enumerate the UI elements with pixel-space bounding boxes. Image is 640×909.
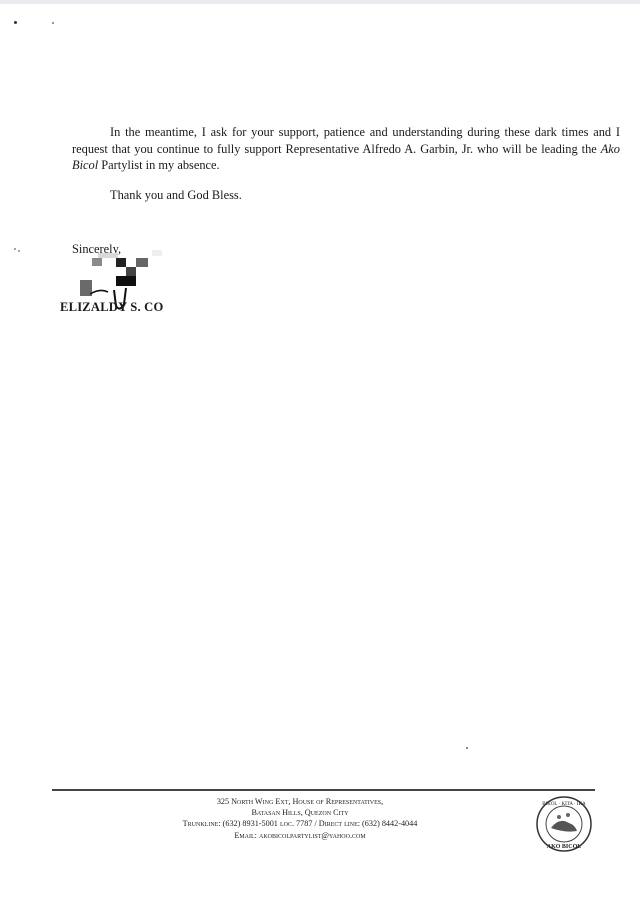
body-paragraph: In the meantime, I ask for your support,…	[72, 124, 620, 174]
thanks-line: Thank you and God Bless.	[72, 187, 620, 204]
scan-speck	[466, 747, 468, 749]
scan-speck	[14, 248, 16, 250]
ako-bicol-seal-icon: BIKOL · KITA · IKA AKO BICOL	[535, 795, 593, 853]
svg-text:BIKOL · KITA · IKA: BIKOL · KITA · IKA	[542, 802, 586, 807]
scan-speck	[14, 21, 17, 24]
paragraph-text: In the meantime, I ask for your support,…	[72, 125, 620, 156]
viewer-top-edge	[0, 0, 640, 4]
letterhead-footer: 325 North Wing Ext, House of Representat…	[120, 796, 480, 841]
footer-divider	[52, 789, 595, 791]
scan-speck	[52, 22, 54, 24]
svg-text:AKO BICOL: AKO BICOL	[547, 844, 582, 850]
address-line-1: 325 North Wing Ext, House of Representat…	[120, 796, 480, 807]
letter-body: In the meantime, I ask for your support,…	[72, 124, 620, 203]
email-line: Email: akobicolpartylist@yahoo.com	[120, 830, 480, 841]
scan-speck	[18, 250, 20, 252]
phone-line: Trunkline: (632) 8931-5001 loc. 7787 / D…	[120, 818, 480, 829]
paragraph-text: Partylist in my absence.	[98, 158, 219, 172]
address-line-2: Batasan Hills, Quezon City	[120, 807, 480, 818]
signer-name: ELIZALDY S. CO	[60, 300, 163, 315]
